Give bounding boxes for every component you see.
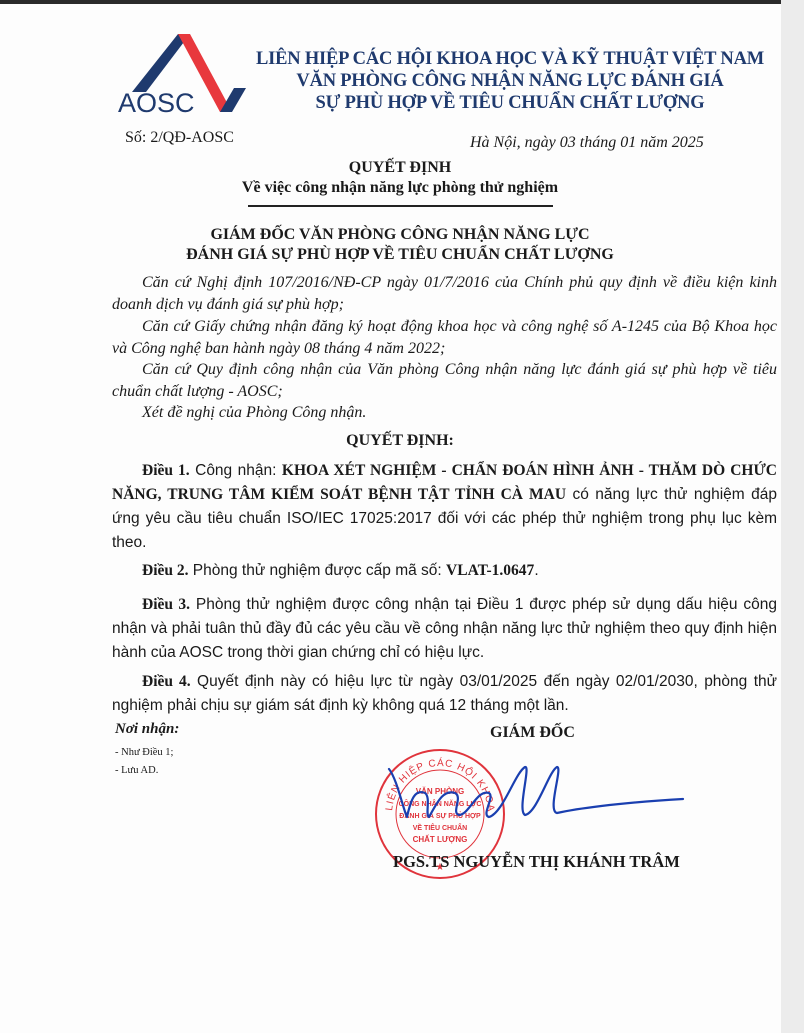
authority-line-1: GIÁM ĐỐC VĂN PHÒNG CÔNG NHẬN NĂNG LỰC [100, 226, 700, 244]
article-label: Điều 3. [142, 596, 190, 613]
organization-header: LIÊN HIỆP CÁC HỘI KHOA HỌC VÀ KỸ THUẬT V… [255, 48, 765, 114]
lab-code: VLAT-1.0647 [446, 562, 534, 579]
document-number: Số: 2/QĐ-AOSC [125, 129, 234, 147]
article-label: Điều 4. [142, 673, 191, 690]
place-date: Hà Nội, ngày 03 tháng 01 năm 2025 [470, 134, 704, 152]
recipients-title: Nơi nhận: [115, 721, 179, 738]
org-line-1: LIÊN HIỆP CÁC HỘI KHOA HỌC VÀ KỸ THUẬT V… [255, 48, 765, 70]
article-4: Điều 4. Quyết định này có hiệu lực từ ng… [112, 670, 777, 718]
decision-heading: QUYẾT ĐỊNH: [100, 432, 700, 450]
decision-title: QUYẾT ĐỊNH [100, 159, 700, 177]
article-3: Điều 3. Phòng thử nghiệm được công nhận … [112, 593, 777, 665]
authority-line-2: ĐÁNH GIÁ SỰ PHÙ HỢP VỀ TIÊU CHUẨN CHẤT L… [100, 246, 700, 264]
preamble-2: Căn cứ Giấy chứng nhận đăng ký hoạt động… [112, 316, 777, 359]
org-line-3: SỰ PHÙ HỢP VỀ TIÊU CHUẨN CHẤT LƯỢNG [255, 92, 765, 114]
svg-text:CHẤT LƯỢNG: CHẤT LƯỢNG [413, 834, 468, 844]
preamble-4: Xét đề nghị của Phòng Công nhận. [112, 402, 777, 424]
signer-name: PGS.TS NGUYỄN THỊ KHÁNH TRÂM [393, 852, 680, 872]
preamble-3: Căn cứ Quy định công nhận của Văn phòng … [112, 359, 777, 402]
decision-subject: Về việc công nhận năng lực phòng thử ngh… [100, 179, 700, 197]
svg-text:AOSC: AOSC [118, 88, 195, 116]
article-1: Điều 1. Công nhận: KHOA XÉT NGHIỆM - CHẨ… [112, 459, 777, 555]
signer-position: GIÁM ĐỐC [490, 724, 575, 742]
aosc-logo: AOSC [108, 32, 248, 116]
handwritten-signature-icon [385, 759, 685, 829]
article-label: Điều 1. [142, 462, 190, 479]
article-label: Điều 2. [142, 562, 189, 579]
document-page: AOSC LIÊN HIỆP CÁC HỘI KHOA HỌC VÀ KỸ TH… [0, 0, 781, 1033]
recipient-item: - Lưu AD. [115, 765, 158, 776]
title-divider [248, 205, 553, 207]
preamble-1: Căn cứ Nghị định 107/2016/NĐ-CP ngày 01/… [112, 272, 777, 315]
org-line-2: VĂN PHÒNG CÔNG NHẬN NĂNG LỰC ĐÁNH GIÁ [255, 70, 765, 92]
recipient-item: - Như Điều 1; [115, 747, 173, 758]
article-2: Điều 2. Phòng thử nghiệm được cấp mã số:… [112, 560, 777, 582]
